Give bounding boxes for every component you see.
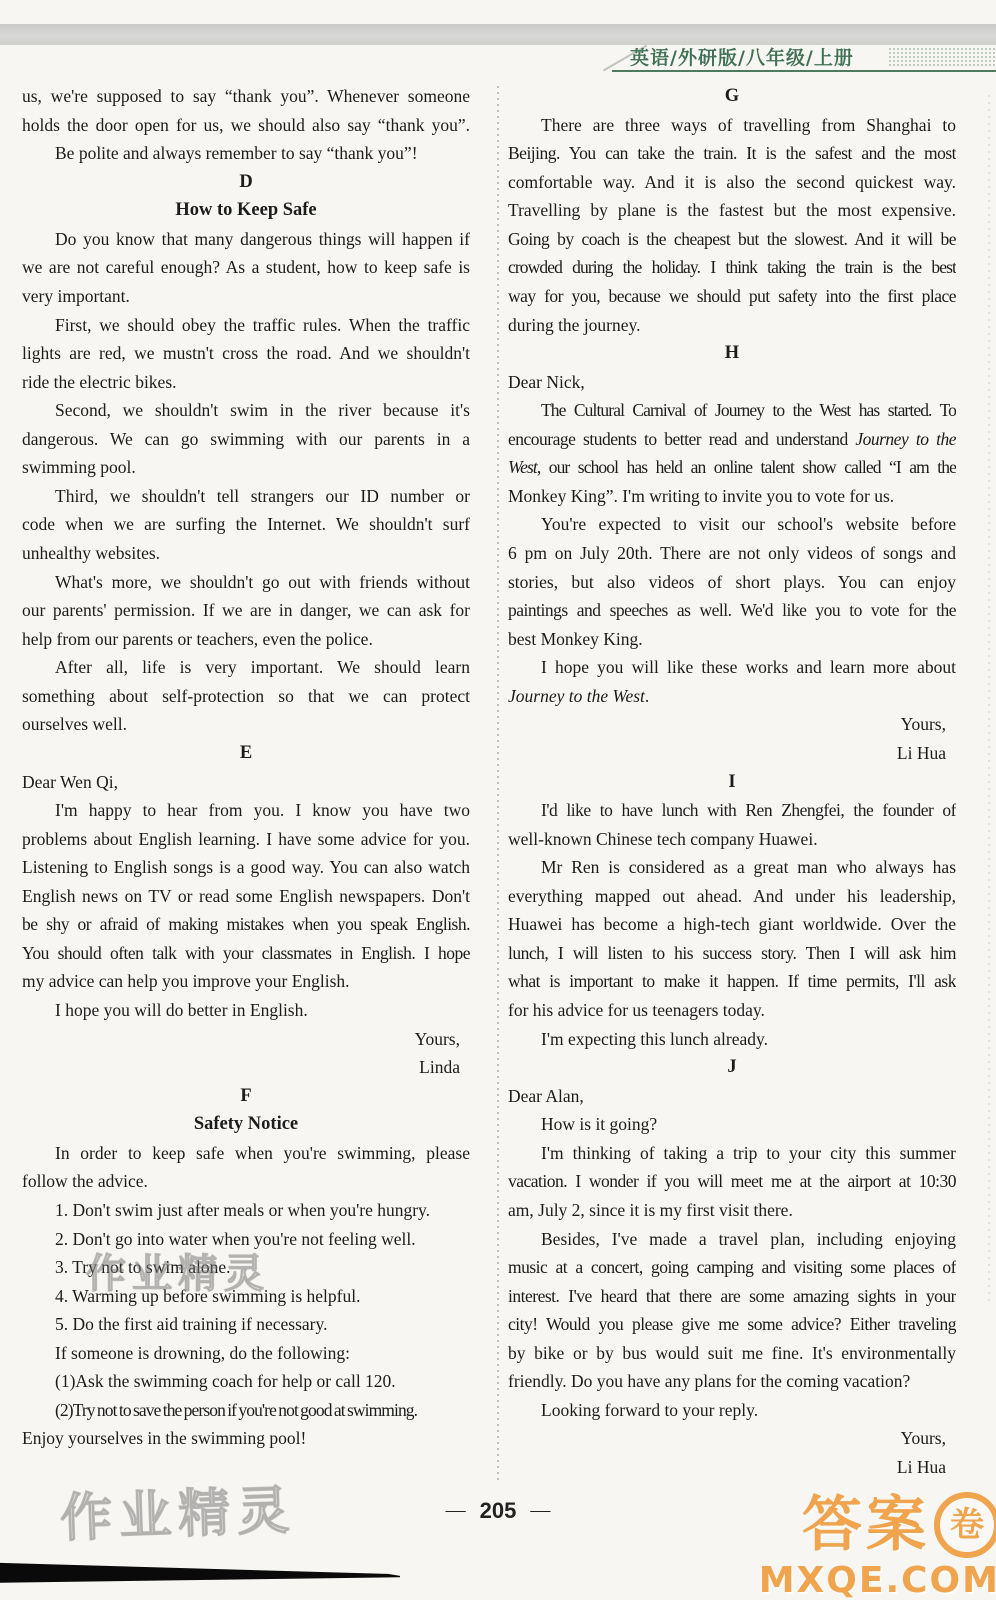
text-line: I hope you will do better in English. xyxy=(22,996,470,1025)
page-footer: —205— xyxy=(0,1498,996,1524)
text-line: Monkey King”. I'm writing to invite you … xyxy=(508,482,956,511)
text-run: , our school has held an online talent s… xyxy=(537,457,956,477)
text-line: well-known Chinese tech company Huawei. xyxy=(508,825,956,854)
text-line: West, our school has held an online tale… xyxy=(508,453,956,482)
italic-title-text: West xyxy=(508,457,537,477)
text-line: way for you, because we should put safet… xyxy=(508,282,956,311)
text-line: paintings and speeches as well. We'd lik… xyxy=(508,596,956,625)
italic-title-text: Journey to the West xyxy=(508,686,645,706)
text-line: best Monkey King. xyxy=(508,625,956,654)
text-line: 6 pm on July 20th. There are not only vi… xyxy=(508,539,956,568)
text-line: music at a concert, going camping and vi… xyxy=(508,1253,956,1282)
text-line: my advice can help you improve your Engl… xyxy=(22,967,470,996)
page-number: 205 xyxy=(480,1498,517,1523)
section-heading: J xyxy=(508,1053,956,1082)
text-line: friendly. Do you have any plans for the … xyxy=(508,1367,956,1396)
text-line: Listening to English songs is a good way… xyxy=(22,853,470,882)
header-dotted-texture xyxy=(888,47,996,66)
text-line: First, we should obey the traffic rules.… xyxy=(22,311,470,340)
text-line: If someone is drowning, do the following… xyxy=(22,1339,470,1368)
text-line: vacation. I wonder if you will meet me a… xyxy=(508,1167,956,1196)
text-line: swimming pool. xyxy=(22,453,470,482)
text-line: Do you know that many dangerous things w… xyxy=(22,225,470,254)
text-line: In order to keep safe when you're swimmi… xyxy=(22,1139,470,1168)
text-line: I'd like to have lunch with Ren Zhengfei… xyxy=(508,796,956,825)
text-line: Be polite and always remember to say “th… xyxy=(22,139,470,168)
text-line: follow the advice. xyxy=(22,1167,470,1196)
header-underline xyxy=(612,70,996,72)
text-line: something about self-protection so that … xyxy=(22,682,470,711)
footer-dash-left: — xyxy=(446,1499,466,1521)
text-line: Travelling by plane is the fastest but t… xyxy=(508,196,956,225)
text-line: us, we're supposed to say “thank you”. W… xyxy=(22,82,470,111)
column-divider xyxy=(497,86,499,1484)
text-line: stories, but also videos of short plays.… xyxy=(508,568,956,597)
brand-site-url: MXQE.COM xyxy=(759,1560,996,1600)
text-line: 2. Don't go into water when you're not f… xyxy=(22,1225,470,1254)
text-line: Second, we shouldn't swim in the river b… xyxy=(22,396,470,425)
text-line: What's more, we shouldn't go out with fr… xyxy=(22,568,470,597)
subject-label: 英语/外研版/八年级/上册 xyxy=(630,45,890,71)
text-line: I'm expecting this lunch already. xyxy=(508,1025,956,1054)
text-line: Linda xyxy=(22,1053,470,1082)
page-edge-dots xyxy=(988,95,990,1305)
section-heading: I xyxy=(508,768,956,797)
text-line: Mr Ren is considered as a great man who … xyxy=(508,853,956,882)
text-line: Third, we shouldn't tell strangers our I… xyxy=(22,482,470,511)
text-line: during the journey. xyxy=(508,311,956,340)
text-line: Dear Alan, xyxy=(508,1082,956,1111)
text-line: lunch, I will listen to his success stor… xyxy=(508,939,956,968)
text-line: we are not careful enough? As a student,… xyxy=(22,253,470,282)
text-line: Yours, xyxy=(508,710,956,739)
text-line: Enjoy yourselves in the swimming pool! xyxy=(22,1424,470,1453)
text-line: lights are red, we mustn't cross the roa… xyxy=(22,339,470,368)
text-line: comfortable way. And it is also the seco… xyxy=(508,168,956,197)
text-line: holds the door open for us, we should al… xyxy=(22,111,470,140)
section-heading: H xyxy=(508,339,956,368)
text-line: How is it going? xyxy=(508,1110,956,1139)
text-line: (1)Ask the swimming coach for help or ca… xyxy=(22,1367,470,1396)
text-line: You're expected to visit our school's we… xyxy=(508,510,956,539)
section-heading: D xyxy=(22,168,470,197)
text-line: Going by coach is the cheapest but the s… xyxy=(508,225,956,254)
text-line: crowded during the holiday. I think taki… xyxy=(508,253,956,282)
text-run: encourage students to better read and un… xyxy=(508,429,855,449)
text-line: am, July 2, since it is my first visit t… xyxy=(508,1196,956,1225)
text-line: help from our parents or teachers, even … xyxy=(22,625,470,654)
text-line: city! Would you please give me some advi… xyxy=(508,1310,956,1339)
text-line: English news on TV or read some English … xyxy=(22,882,470,911)
text-line: 4. Warming up before swimming is helpful… xyxy=(22,1282,470,1311)
text-line: The Cultural Carnival of Journey to the … xyxy=(508,396,956,425)
text-line: (2)Try not to save the person if you're … xyxy=(22,1396,470,1425)
text-line: Looking forward to your reply. xyxy=(508,1396,956,1425)
text-line: You should often talk with your classmat… xyxy=(22,939,470,968)
text-line: There are three ways of travelling from … xyxy=(508,111,956,140)
text-line: Li Hua xyxy=(508,1453,956,1482)
text-line: very important. xyxy=(22,282,470,311)
text-line: Journey to the West. xyxy=(508,682,956,711)
text-line: Yours, xyxy=(22,1025,470,1054)
text-line: for his advice for us teenagers today. xyxy=(508,996,956,1025)
text-line: 1. Don't swim just after meals or when y… xyxy=(22,1196,470,1225)
right-column: GThere are three ways of travelling from… xyxy=(508,82,956,1482)
text-line: by bike or by bus would suit me fine. It… xyxy=(508,1339,956,1368)
text-line: 5. Do the first aid training if necessar… xyxy=(22,1310,470,1339)
text-line: Dear Wen Qi, xyxy=(22,768,470,797)
section-heading: How to Keep Safe xyxy=(22,196,470,225)
text-line: code when we are surfing the Internet. W… xyxy=(22,510,470,539)
text-line: Besides, I've made a travel plan, includ… xyxy=(508,1225,956,1254)
text-line: ourselves well. xyxy=(22,710,470,739)
scan-artifact-bar xyxy=(0,1560,400,1584)
section-heading: F xyxy=(22,1082,470,1111)
text-line: encourage students to better read and un… xyxy=(508,425,956,454)
section-heading: G xyxy=(508,82,956,111)
text-line: ride the electric bikes. xyxy=(22,368,470,397)
text-line: I'm thinking of taking a trip to your ci… xyxy=(508,1139,956,1168)
text-line: I'm happy to hear from you. I know you h… xyxy=(22,796,470,825)
text-line: I hope you will like these works and lea… xyxy=(508,653,956,682)
text-line: Li Hua xyxy=(508,739,956,768)
section-heading: Safety Notice xyxy=(22,1110,470,1139)
text-line: After all, life is very important. We sh… xyxy=(22,653,470,682)
text-line: Yours, xyxy=(508,1424,956,1453)
text-line: unhealthy websites. xyxy=(22,539,470,568)
section-heading: E xyxy=(22,739,470,768)
text-line: interest. I've heard that there are some… xyxy=(508,1282,956,1311)
header-gradient-bar xyxy=(0,24,996,45)
text-line: Beijing. You can take the train. It is t… xyxy=(508,139,956,168)
text-run: . xyxy=(645,686,649,706)
text-line: everything mapped out ahead. And under h… xyxy=(508,882,956,911)
text-line: Dear Nick, xyxy=(508,368,956,397)
footer-dash-right: — xyxy=(530,1499,550,1521)
scanned-page: 英语/外研版/八年级/上册 us, we're supposed to say … xyxy=(0,0,996,1600)
text-line: be shy or afraid of making mistakes when… xyxy=(22,910,470,939)
text-line: what is important to make it happen. If … xyxy=(508,967,956,996)
text-line: dangerous. We can go swimming with our p… xyxy=(22,425,470,454)
italic-title-text: Journey to the xyxy=(855,429,956,449)
text-line: problems about English learning. I have … xyxy=(22,825,470,854)
text-line: our parents' permission. If we are in da… xyxy=(22,596,470,625)
left-column: us, we're supposed to say “thank you”. W… xyxy=(22,82,470,1482)
text-line: Huawei has become a high-tech giant worl… xyxy=(508,910,956,939)
text-line: 3. Try not to swim alone. xyxy=(22,1253,470,1282)
